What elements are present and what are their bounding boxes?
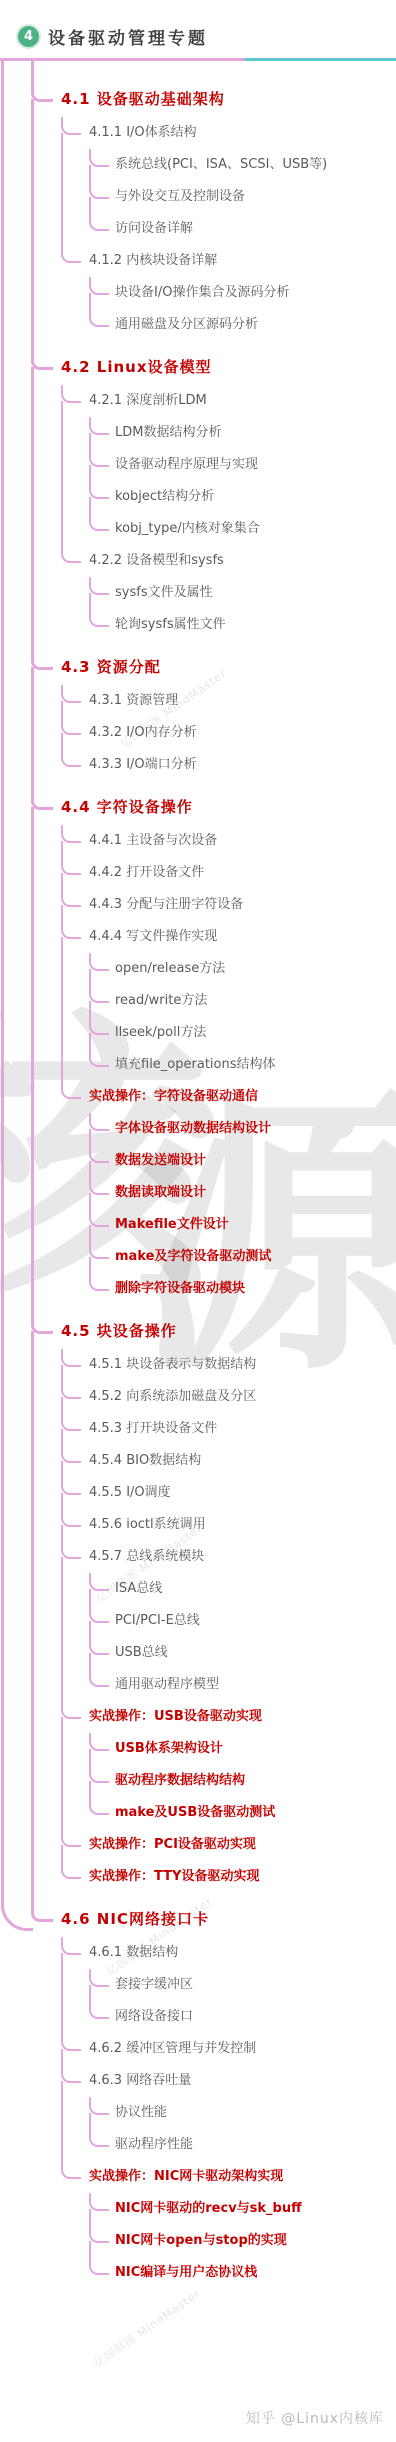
action-node: USB体系架构设计 (89, 1733, 327, 1765)
topic-node: 设备驱动程序原理与实现 (89, 449, 327, 481)
node-label: make及字符设备驱动测试 (115, 1241, 327, 1273)
node-label: 删除字符设备驱动模块 (115, 1273, 327, 1305)
section-node: 4.6 NIC网络接口卡4.6.1 数据结构套接字缓冲区网络设备接口4.6.2 … (31, 1893, 327, 2289)
node-label: 数据发送端设计 (115, 1145, 327, 1177)
topic-node: 协议性能 (89, 2097, 327, 2129)
topic-node: 4.5.5 I/O调度 (61, 1477, 327, 1509)
mindmaster-watermark: 亿图脑图 MindMaster (91, 2285, 204, 2371)
node-label: 4.6.1 数据结构 (89, 1937, 327, 1969)
topic-node: llseek/poll方法 (89, 1017, 327, 1049)
credit-watermark: 知乎 @Linux内核库 (246, 2408, 384, 2428)
topic-node: open/release方法 (89, 953, 327, 985)
branch: 4.1 设备驱动基础架构4.1.1 I/O体系结构系统总线(PCI、ISA、SC… (31, 61, 327, 2289)
topic-node: ISA总线 (89, 1573, 327, 1605)
page-title: 设备驱动管理专题 (48, 24, 208, 49)
node-label: 套接字缓冲区 (115, 1969, 327, 2001)
action-node: make及USB设备驱动测试 (89, 1797, 327, 1829)
node-label: 填充file_operations结构体 (115, 1049, 327, 1081)
branch: 系统总线(PCI、ISA、SCSI、USB等)与外设交互及控制设备访问设备详解 (89, 149, 327, 245)
branch: 4.2.1 深度剖析LDMLDM数据结构分析设备驱动程序原理与实现kobject… (61, 385, 327, 641)
topic-node: sysfs文件及属性 (89, 577, 327, 609)
action-node: 实战操作：NIC网卡驱动架构实现NIC网卡驱动的recv与sk_buffNIC网… (61, 2161, 327, 2289)
topic-node: 4.1.2 内核块设备详解块设备I/O操作集合及源码分析通用磁盘及分区源码分析 (61, 245, 327, 341)
node-label: 4.3.2 I/O内存分析 (89, 717, 327, 749)
topic-node: 4.5.3 打开块设备文件 (61, 1413, 327, 1445)
section-node: 4.1 设备驱动基础架构4.1.1 I/O体系结构系统总线(PCI、ISA、SC… (31, 61, 327, 341)
action-node: 实战操作：USB设备驱动实现USB体系架构设计驱动程序数据结构结构make及US… (61, 1701, 327, 1829)
branch: NIC网卡驱动的recv与sk_buffNIC网卡open与stop的实现NIC… (89, 2193, 327, 2289)
node-label: 协议性能 (115, 2097, 327, 2129)
branch: USB体系架构设计驱动程序数据结构结构make及USB设备驱动测试 (89, 1733, 327, 1829)
node-label: 驱动程序性能 (115, 2129, 327, 2161)
branch: LDM数据结构分析设备驱动程序原理与实现kobject结构分析kobj_type… (89, 417, 327, 545)
node-label: llseek/poll方法 (115, 1017, 327, 1049)
node-label: 访问设备详解 (115, 213, 327, 245)
topic-node: 4.4.1 主设备与次设备 (61, 825, 327, 857)
node-label: read/write方法 (115, 985, 327, 1017)
topic-node: PCI/PCI-E总线 (89, 1605, 327, 1637)
chapter-number-badge: 4 (18, 26, 39, 47)
topic-node: kobj_type/内核对象集合 (89, 513, 327, 545)
topic-node: 4.4.2 打开设备文件 (61, 857, 327, 889)
action-node: NIC网卡驱动的recv与sk_buff (89, 2193, 327, 2225)
node-label: 4.3.3 I/O端口分析 (89, 749, 327, 781)
branch: 4.1.1 I/O体系结构系统总线(PCI、ISA、SCSI、USB等)与外设交… (61, 117, 327, 341)
topic-node: 4.5.4 BIO数据结构 (61, 1445, 327, 1477)
node-label: 4.5.6 ioctl系统调用 (89, 1509, 327, 1541)
branch: 块设备I/O操作集合及源码分析通用磁盘及分区源码分析 (89, 277, 327, 341)
action-node: Makefile文件设计 (89, 1209, 327, 1241)
node-label: NIC编译与用户态协议栈 (115, 2257, 327, 2289)
node-label: 4.5.1 块设备表示与数据结构 (89, 1349, 327, 1381)
action-node: 字体设备驱动数据结构设计 (89, 1113, 327, 1145)
node-label: kobject结构分析 (115, 481, 327, 513)
node-label: 4.6 NIC网络接口卡 (61, 1901, 327, 1937)
node-label: 4.5.3 打开块设备文件 (89, 1413, 327, 1445)
node-label: 4.6.2 缓冲区管理与并发控制 (89, 2033, 327, 2065)
node-label: NIC网卡open与stop的实现 (115, 2225, 327, 2257)
topic-node: 4.5.1 块设备表示与数据结构 (61, 1349, 327, 1381)
branch: open/release方法read/write方法llseek/poll方法填… (89, 953, 327, 1081)
node-label: 块设备I/O操作集合及源码分析 (115, 277, 327, 309)
topic-node: 4.3.2 I/O内存分析 (61, 717, 327, 749)
section-node: 4.4 字符设备操作4.4.1 主设备与次设备4.4.2 打开设备文件4.4.3… (31, 781, 327, 1305)
branch: 4.4.1 主设备与次设备4.4.2 打开设备文件4.4.3 分配与注册字符设备… (61, 825, 327, 1305)
node-label: 4.3 资源分配 (61, 649, 327, 685)
branch: 4.3.1 资源管理4.3.2 I/O内存分析4.3.3 I/O端口分析 (61, 685, 327, 781)
action-node: NIC网卡open与stop的实现 (89, 2225, 327, 2257)
node-label: 4.1 设备驱动基础架构 (61, 81, 327, 117)
topic-node: 4.4.4 写文件操作实现open/release方法read/write方法l… (61, 921, 327, 1081)
node-label: Makefile文件设计 (115, 1209, 327, 1241)
topic-node: 4.5.6 ioctl系统调用 (61, 1509, 327, 1541)
topic-node: 系统总线(PCI、ISA、SCSI、USB等) (89, 149, 327, 181)
root-topic: 4 设备驱动管理专题 (18, 24, 208, 49)
node-label: 4.5.4 BIO数据结构 (89, 1445, 327, 1477)
node-label: 4.4.4 写文件操作实现 (89, 921, 327, 953)
node-label: 4.5.2 向系统添加磁盘及分区 (89, 1381, 327, 1413)
topic-node: 4.6.3 网络吞吐量协议性能驱动程序性能 (61, 2065, 327, 2161)
node-label: 4.6.3 网络吞吐量 (89, 2065, 327, 2097)
node-label: 与外设交互及控制设备 (115, 181, 327, 213)
topic-node: 网络设备接口 (89, 2001, 327, 2033)
topic-node: 套接字缓冲区 (89, 1969, 327, 2001)
node-label: 4.5 块设备操作 (61, 1313, 327, 1349)
action-node: 驱动程序数据结构结构 (89, 1765, 327, 1797)
topic-node: 4.3.3 I/O端口分析 (61, 749, 327, 781)
node-label: 实战操作：PCI设备驱动实现 (89, 1829, 327, 1861)
node-label: 4.4.1 主设备与次设备 (89, 825, 327, 857)
node-label: 实战操作：字符设备驱动通信 (89, 1081, 327, 1113)
node-label: make及USB设备驱动测试 (115, 1797, 327, 1829)
topic-node: 4.6.1 数据结构套接字缓冲区网络设备接口 (61, 1937, 327, 2033)
topic-node: 轮询sysfs属性文件 (89, 609, 327, 641)
action-node: 删除字符设备驱动模块 (89, 1273, 327, 1305)
node-label: USB总线 (115, 1637, 327, 1669)
action-node: NIC编译与用户态协议栈 (89, 2257, 327, 2289)
topic-node: 填充file_operations结构体 (89, 1049, 327, 1081)
branch: 4.5.1 块设备表示与数据结构4.5.2 向系统添加磁盘及分区4.5.3 打开… (61, 1349, 327, 1893)
topic-node: 4.2.1 深度剖析LDMLDM数据结构分析设备驱动程序原理与实现kobject… (61, 385, 327, 545)
action-node: 实战操作：字符设备驱动通信字体设备驱动数据结构设计数据发送端设计数据读取端设计M… (61, 1081, 327, 1305)
branch: 协议性能驱动程序性能 (89, 2097, 327, 2161)
topic-node: 驱动程序性能 (89, 2129, 327, 2161)
node-label: 4.1.2 内核块设备详解 (89, 245, 327, 277)
node-label: 4.2 Linux设备模型 (61, 349, 327, 385)
node-label: 实战操作：USB设备驱动实现 (89, 1701, 327, 1733)
topic-node: 与外设交互及控制设备 (89, 181, 327, 213)
topic-node: 4.2.2 设备模型和sysfssysfs文件及属性轮询sysfs属性文件 (61, 545, 327, 641)
node-label: 4.2.2 设备模型和sysfs (89, 545, 327, 577)
branch: 4.6.1 数据结构套接字缓冲区网络设备接口4.6.2 缓冲区管理与并发控制4.… (61, 1937, 327, 2289)
section-node: 4.3 资源分配4.3.1 资源管理4.3.2 I/O内存分析4.3.3 I/O… (31, 641, 327, 781)
topic-node: 块设备I/O操作集合及源码分析 (89, 277, 327, 309)
node-label: 4.4 字符设备操作 (61, 789, 327, 825)
topic-node: 4.1.1 I/O体系结构系统总线(PCI、ISA、SCSI、USB等)与外设交… (61, 117, 327, 245)
node-label: 4.4.3 分配与注册字符设备 (89, 889, 327, 921)
section-node: 4.2 Linux设备模型4.2.1 深度剖析LDMLDM数据结构分析设备驱动程… (31, 341, 327, 641)
node-label: kobj_type/内核对象集合 (115, 513, 327, 545)
node-label: 网络设备接口 (115, 2001, 327, 2033)
node-label: PCI/PCI-E总线 (115, 1605, 327, 1637)
action-node: make及字符设备驱动测试 (89, 1241, 327, 1273)
topic-node: kobject结构分析 (89, 481, 327, 513)
node-label: sysfs文件及属性 (115, 577, 327, 609)
tree-spine-line (1, 59, 33, 1931)
topic-node: 通用磁盘及分区源码分析 (89, 309, 327, 341)
node-label: 轮询sysfs属性文件 (115, 609, 327, 641)
node-label: 通用驱动程序模型 (115, 1669, 327, 1701)
node-label: LDM数据结构分析 (115, 417, 327, 449)
node-label: 驱动程序数据结构结构 (115, 1765, 327, 1797)
topic-node: 通用驱动程序模型 (89, 1669, 327, 1701)
node-label: 实战操作：TTY设备驱动实现 (89, 1861, 327, 1893)
node-label: USB体系架构设计 (115, 1733, 327, 1765)
node-label: 通用磁盘及分区源码分析 (115, 309, 327, 341)
node-label: 字体设备驱动数据结构设计 (115, 1113, 327, 1145)
topic-node: 4.5.7 总线系统模块ISA总线PCI/PCI-E总线USB总线通用驱动程序模… (61, 1541, 327, 1701)
topic-node: 4.5.2 向系统添加磁盘及分区 (61, 1381, 327, 1413)
node-label: 系统总线(PCI、ISA、SCSI、USB等) (115, 149, 327, 181)
action-node: 实战操作：TTY设备驱动实现 (61, 1861, 327, 1893)
branch: sysfs文件及属性轮询sysfs属性文件 (89, 577, 327, 641)
section-node: 4.5 块设备操作4.5.1 块设备表示与数据结构4.5.2 向系统添加磁盘及分… (31, 1305, 327, 1893)
node-label: 数据读取端设计 (115, 1177, 327, 1209)
action-node: 数据发送端设计 (89, 1145, 327, 1177)
node-label: 4.1.1 I/O体系结构 (89, 117, 327, 149)
action-node: 数据读取端设计 (89, 1177, 327, 1209)
action-node: 实战操作：PCI设备驱动实现 (61, 1829, 327, 1861)
node-label: ISA总线 (115, 1573, 327, 1605)
topic-node: LDM数据结构分析 (89, 417, 327, 449)
node-label: 4.3.1 资源管理 (89, 685, 327, 717)
node-label: 4.4.2 打开设备文件 (89, 857, 327, 889)
node-label: 设备驱动程序原理与实现 (115, 449, 327, 481)
topic-node: read/write方法 (89, 985, 327, 1017)
node-label: 4.5.7 总线系统模块 (89, 1541, 327, 1573)
node-label: 4.5.5 I/O调度 (89, 1477, 327, 1509)
topic-node: USB总线 (89, 1637, 327, 1669)
node-label: NIC网卡驱动的recv与sk_buff (115, 2193, 327, 2225)
topic-node: 4.3.1 资源管理 (61, 685, 327, 717)
node-label: 4.2.1 深度剖析LDM (89, 385, 327, 417)
branch: ISA总线PCI/PCI-E总线USB总线通用驱动程序模型 (89, 1573, 327, 1701)
node-label: open/release方法 (115, 953, 327, 985)
branch: 字体设备驱动数据结构设计数据发送端设计数据读取端设计Makefile文件设计ma… (89, 1113, 327, 1305)
topic-node: 4.4.3 分配与注册字符设备 (61, 889, 327, 921)
topic-node: 4.6.2 缓冲区管理与并发控制 (61, 2033, 327, 2065)
branch: 套接字缓冲区网络设备接口 (89, 1969, 327, 2033)
node-label: 实战操作：NIC网卡驱动架构实现 (89, 2161, 327, 2193)
topic-node: 访问设备详解 (89, 213, 327, 245)
mindmap-tree: 4.1 设备驱动基础架构4.1.1 I/O体系结构系统总线(PCI、ISA、SC… (31, 61, 327, 2289)
